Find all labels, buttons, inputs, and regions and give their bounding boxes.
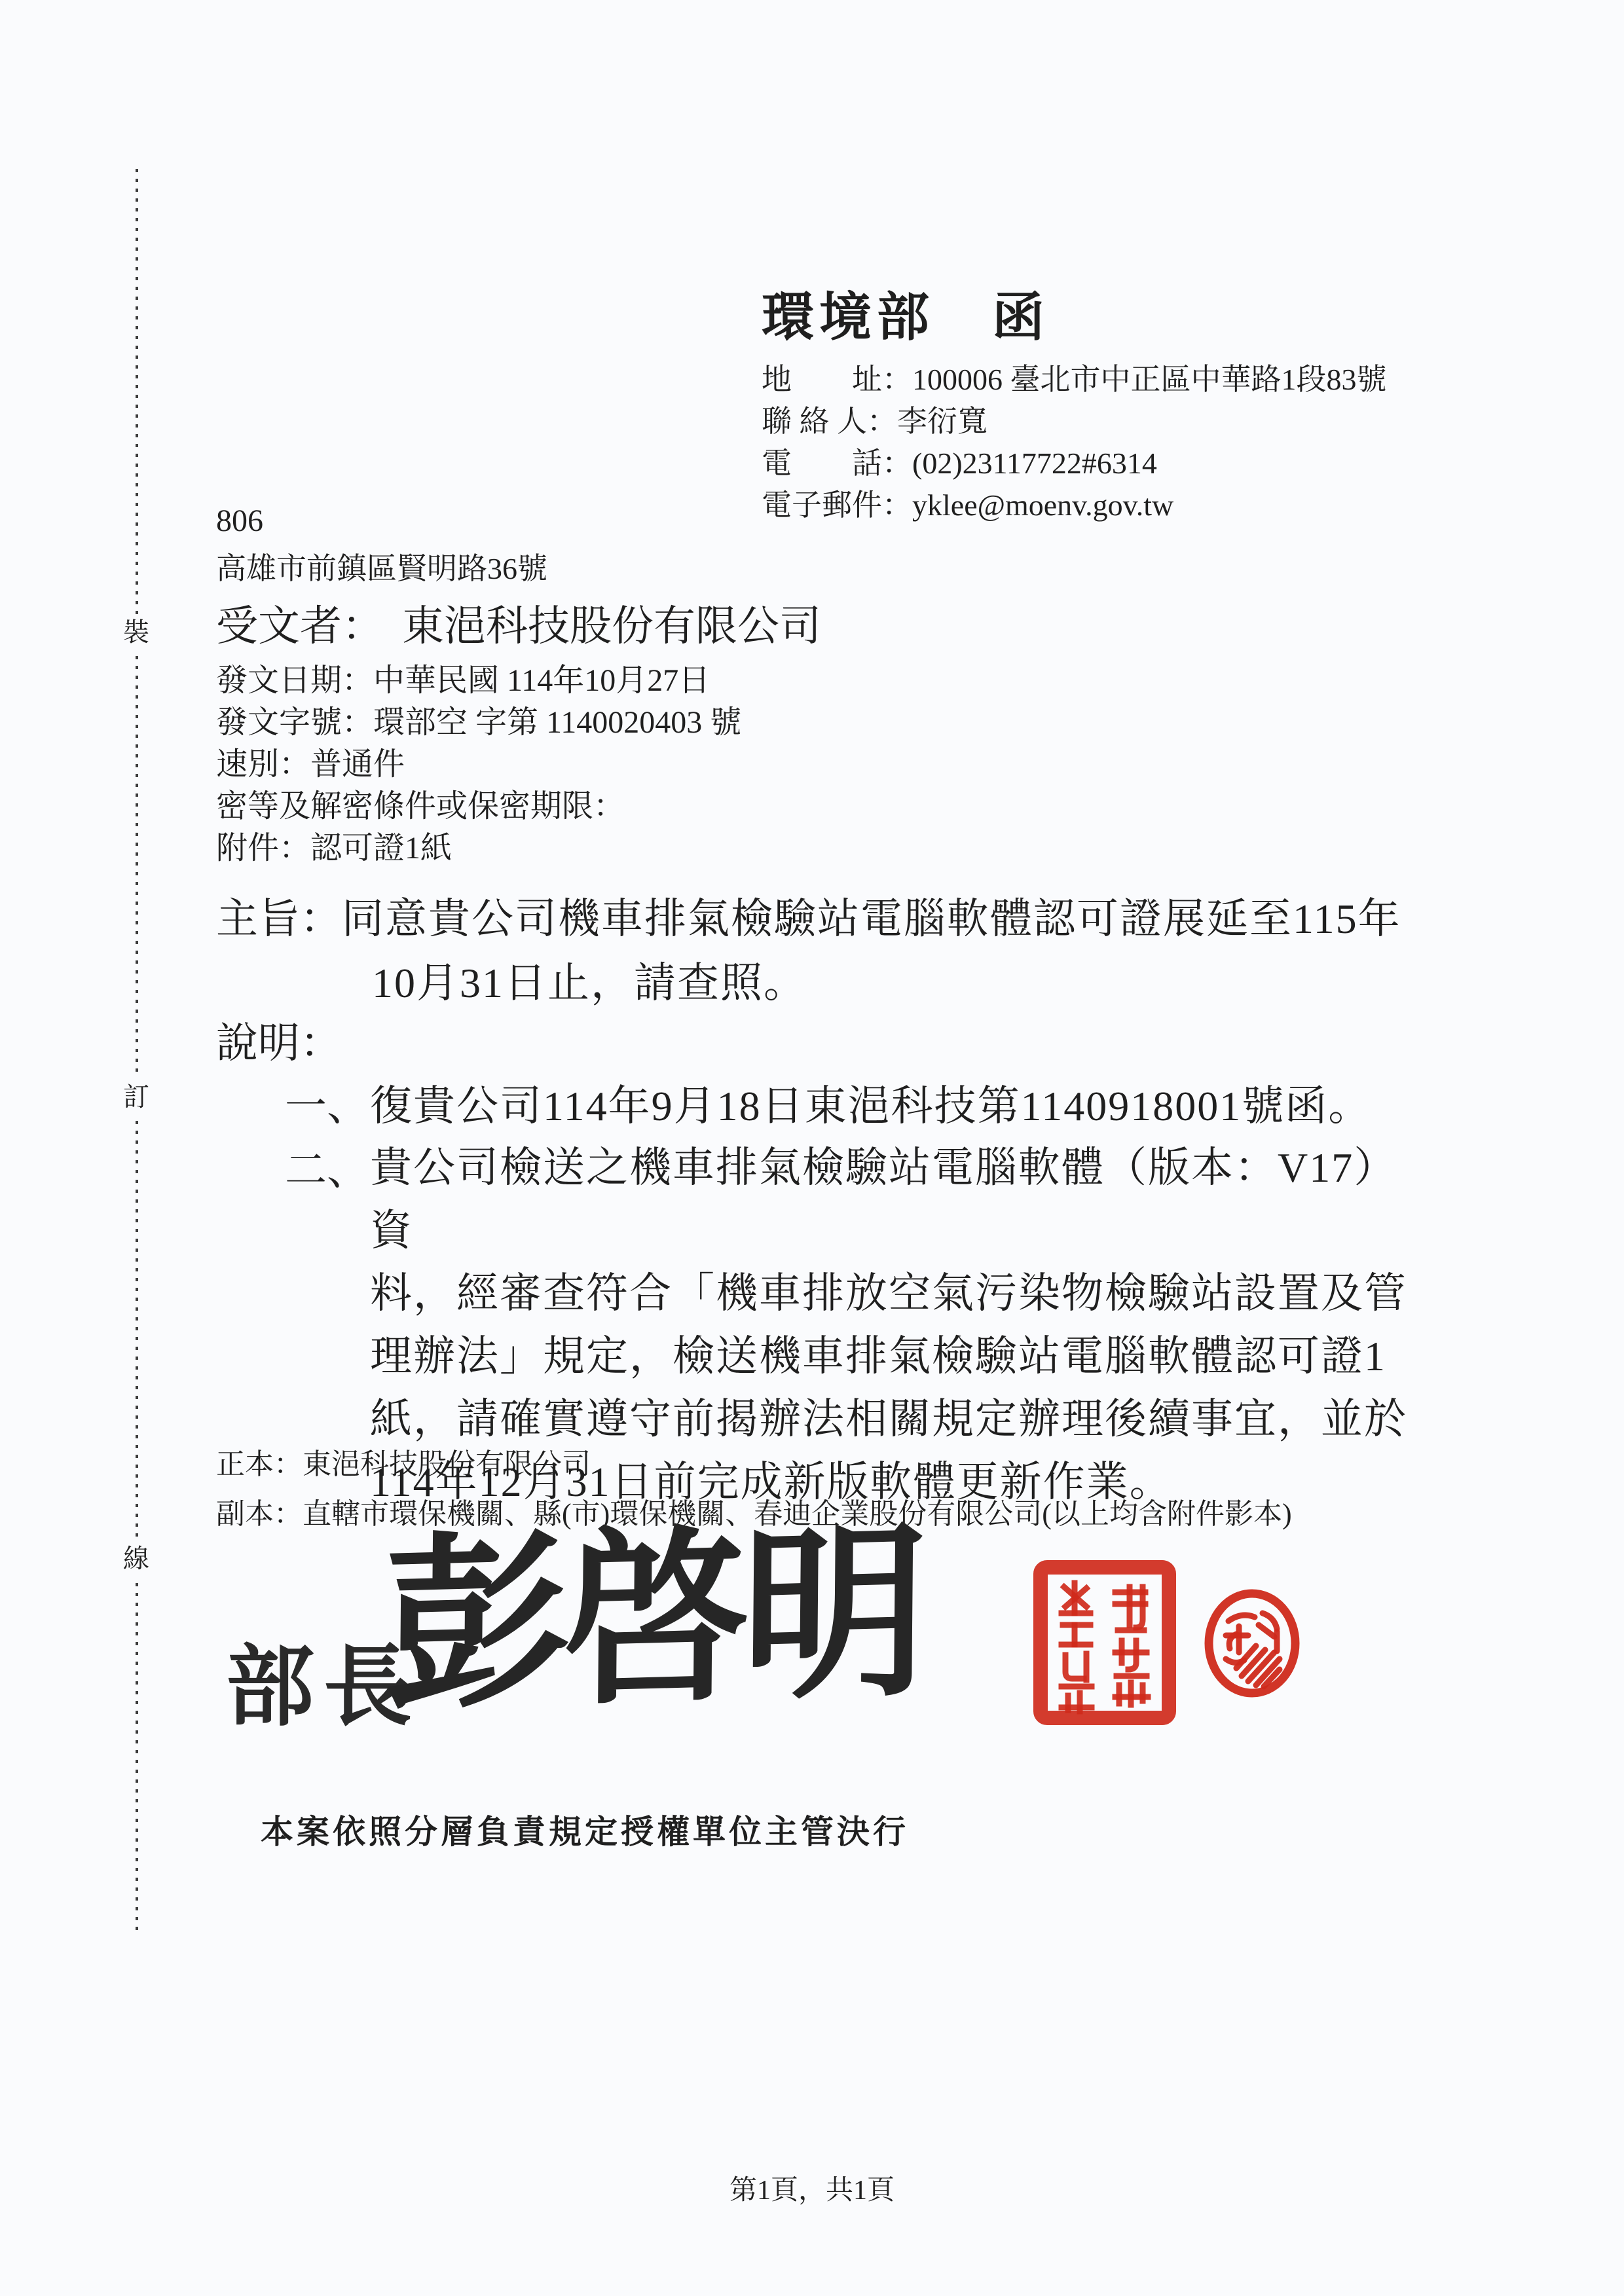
binding-mark-xian: 線 — [123, 1540, 149, 1577]
contact-address-label: 地 址： — [762, 363, 912, 396]
description-item1-text: 復貴公司114年9月18日東浥科技第1140918001號函。 — [370, 1072, 1371, 1133]
secrecy-label: 密等及解密條件或保密期限： — [216, 789, 625, 824]
contact-email-value: yklee@moenv.gov.tw — [912, 488, 1173, 522]
recipient-company: 東浥科技股份有限公司 — [402, 603, 821, 649]
contact-address-line: 地 址：100006 臺北市中正區中華路1段83號 — [762, 359, 1387, 401]
contact-email-label: 電子郵件： — [762, 488, 912, 522]
description-item2-line3: 理辦法」規定，檢送機車排氣檢驗站電腦軟體認可證1 — [370, 1325, 1431, 1388]
description-heading: 說明： — [216, 1010, 342, 1070]
contact-person-value: 李衍寬 — [897, 405, 987, 438]
contact-address-value: 100006 臺北市中正區中華路1段83號 — [912, 363, 1387, 396]
original-copy-value: 東浥科技股份有限公司 — [303, 1448, 591, 1480]
binding-dotted-line-mid2 — [136, 1121, 138, 1537]
original-copy-label: 正本： — [216, 1448, 303, 1480]
page-indicator: 第1頁，共1頁 — [0, 2168, 1624, 2208]
contact-phone-line: 電 話：(02)23117722#6314 — [762, 443, 1387, 484]
binding-mark-zhuang: 裝 — [123, 614, 149, 651]
description-item2-line2: 料，經審查符合「機車排放空氣污染物檢驗站設置及管 — [370, 1262, 1431, 1325]
description-item2-number: 二、 — [285, 1137, 369, 1197]
contact-phone-value: (02)23117722#6314 — [912, 446, 1157, 480]
scanned-official-letter: 裝 訂 線 環境部 函 地 址：100006 臺北市中正區中華路1段83號 聯 … — [0, 0, 1624, 2296]
secrecy-line: 密等及解密條件或保密期限： — [216, 780, 625, 826]
original-copy-line: 正本：東浥科技股份有限公司 — [216, 1440, 591, 1482]
attachment-label: 附件： — [216, 831, 310, 866]
round-personal-seal — [1200, 1583, 1304, 1704]
issue-date-value: 中華民國 114年10月27日 — [373, 663, 710, 698]
document-title: 環境部 函 — [762, 275, 1050, 350]
recipient-address: 高雄市前鎮區賢明路36號 — [216, 545, 547, 588]
contact-person-label: 聯 絡 人： — [762, 405, 897, 438]
square-seal-graphic — [1031, 1557, 1179, 1730]
speed-class-line: 速別：普通件 — [216, 738, 405, 784]
description-item2-line1: 貴公司檢送之機車排氣檢驗站電腦軟體（版本：V17）資 — [370, 1137, 1431, 1262]
speed-class-label: 速別： — [216, 747, 310, 782]
contact-person-line: 聯 絡 人：李衍寬 — [762, 401, 1387, 443]
delegation-note: 本案依照分層負責規定授權單位主管決行 — [261, 1806, 909, 1853]
attachment-value: 認可證1紙 — [310, 831, 452, 866]
subject-line2: 10月31日止，請查照。 — [372, 949, 807, 1010]
cc-copy-label: 副本： — [216, 1498, 303, 1530]
binding-dotted-line-mid1 — [136, 656, 138, 1075]
contact-email-line: 電子郵件：yklee@moenv.gov.tw — [762, 484, 1387, 526]
issue-date-line: 發文日期：中華民國 114年10月27日 — [216, 655, 710, 700]
speed-class-value: 普通件 — [310, 747, 405, 782]
minister-signature: 彭啓明 — [383, 1521, 921, 1722]
sender-contact-block: 地 址：100006 臺北市中正區中華路1段83號 聯 絡 人：李衍寬 電 話：… — [762, 359, 1387, 526]
doc-number-line: 發文字號：環部空 字第 1140020403 號 — [216, 697, 741, 742]
round-seal-graphic — [1200, 1583, 1304, 1704]
doc-number-label: 發文字號： — [216, 705, 373, 740]
binding-mark-ding: 訂 — [123, 1079, 149, 1116]
recipient-line: 受文者：東浥科技股份有限公司 — [216, 592, 821, 653]
contact-phone-label: 電 話： — [762, 446, 912, 480]
attachment-line: 附件：認可證1紙 — [216, 822, 452, 867]
recipient-postal-code: 806 — [216, 503, 263, 539]
subject-line1: 同意貴公司機車排氣檢驗站電腦軟體認可證展延至115年 — [342, 885, 1401, 945]
square-official-seal — [1031, 1557, 1179, 1730]
doc-number-value: 環部空 字第 1140020403 號 — [373, 705, 741, 740]
description-item1-number: 一、 — [285, 1072, 369, 1133]
subject-label: 主旨： — [216, 885, 342, 945]
recipient-label: 受文者： — [216, 603, 384, 649]
issue-date-label: 發文日期： — [216, 663, 373, 698]
binding-dotted-line-bottom — [136, 1583, 138, 1933]
binding-dotted-line-top — [136, 169, 138, 624]
